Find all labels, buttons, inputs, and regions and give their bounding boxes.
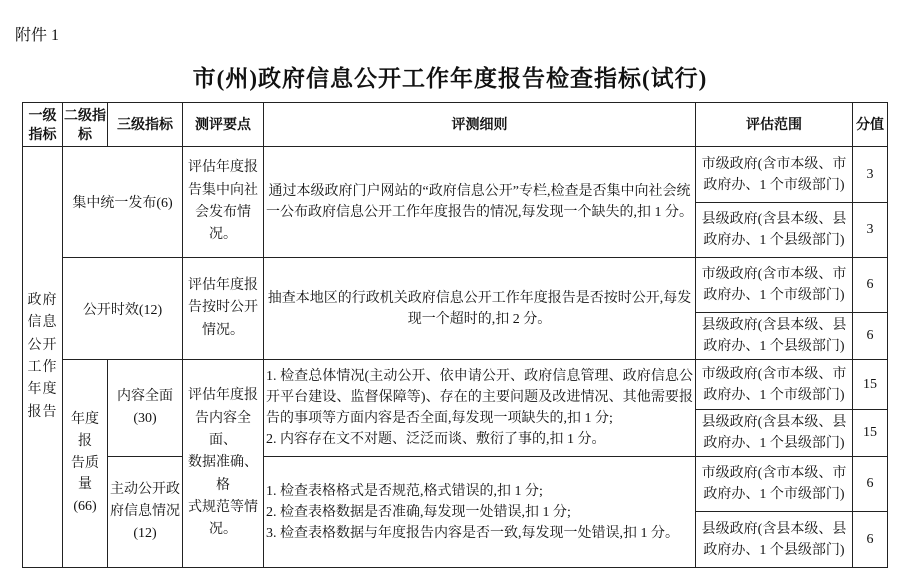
score-cell: 3 xyxy=(853,147,888,203)
header-level1-indicator: 一级指标 xyxy=(23,103,63,147)
header-level3-indicator: 三级指标 xyxy=(108,103,183,147)
scope-cell-city: 市级政府(含市本级、市政府办、1 个市级部门) xyxy=(696,360,853,410)
table-row: 主动公开政 府信息情况 (12) 1. 检查表格格式是否规范,格式错误的,扣 1… xyxy=(23,457,888,512)
table-row: 年度报 告质量 (66) 内容全面 (30) 评估年度报 告内容全面、 数据准确… xyxy=(23,360,888,410)
header-row: 一级指标 二级指标 三级指标 测评要点 评测细则 评估范围 分值 xyxy=(23,103,888,147)
indicator-table: 一级指标 二级指标 三级指标 测评要点 评测细则 评估范围 分值 政府 信息 公… xyxy=(22,102,888,568)
rules-comprehensive-content-cell: 1. 检查总体情况(主动公开、依申请公开、政府信息管理、政府信息公开平台建设、监… xyxy=(264,360,696,457)
points-centralized-release-cell: 评估年度报 告集中向社 会发布情况。 xyxy=(183,147,264,258)
rule-item: 1. 检查表格格式是否规范,格式错误的,扣 1 分; xyxy=(266,481,693,502)
level2-timeliness-cell: 公开时效(12) xyxy=(63,258,183,360)
rules-timeliness-cell: 抽查本地区的行政机关政府信息公开工作年度报告是否按时公开,每发现一个超时的,扣 … xyxy=(264,258,696,360)
header-eval-points: 测评要点 xyxy=(183,103,264,147)
rule-item: 1. 检查总体情况(主动公开、依申请公开、政府信息管理、政府信息公开平台建设、监… xyxy=(266,366,693,429)
score-cell: 15 xyxy=(853,360,888,410)
level3-comprehensive-content-cell: 内容全面 (30) xyxy=(108,360,183,457)
level2-report-quality-cell: 年度报 告质量 (66) xyxy=(63,360,108,568)
rule-item: 3. 检查表格数据与年度报告内容是否一致,每发现一处错误,扣 1 分。 xyxy=(266,523,693,544)
header-level2-indicator: 二级指标 xyxy=(63,103,108,147)
level1-indicator-cell: 政府 信息 公开 工作 年度 报告 xyxy=(23,147,63,568)
scope-cell-county: 县级政府(含县本级、县政府办、1 个县级部门) xyxy=(696,410,853,457)
scope-cell-city: 市级政府(含市本级、市政府办、1 个市级部门) xyxy=(696,457,853,512)
header-eval-scope: 评估范围 xyxy=(696,103,853,147)
score-cell: 6 xyxy=(853,258,888,313)
table-row: 政府 信息 公开 工作 年度 报告 集中统一发布(6) 评估年度报 告集中向社 … xyxy=(23,147,888,203)
score-cell: 3 xyxy=(853,203,888,258)
scope-cell-county: 县级政府(含县本级、县政府办、1 个县级部门) xyxy=(696,203,853,258)
scope-cell-city: 市级政府(含市本级、市政府办、1 个市级部门) xyxy=(696,258,853,313)
level2-centralized-release-cell: 集中统一发布(6) xyxy=(63,147,183,258)
scope-cell-county: 县级政府(含县本级、县政府办、1 个县级部门) xyxy=(696,512,853,568)
points-timeliness-cell: 评估年度报 告按时公开 情况。 xyxy=(183,258,264,360)
header-eval-rules: 评测细则 xyxy=(264,103,696,147)
scope-cell-county: 县级政府(含县本级、县政府办、1 个县级部门) xyxy=(696,313,853,360)
level3-proactive-disclosure-cell: 主动公开政 府信息情况 (12) xyxy=(108,457,183,568)
rule-item: 2. 检查表格数据是否准确,每发现一处错误,扣 1 分; xyxy=(266,502,693,523)
scope-cell-city: 市级政府(含市本级、市政府办、1 个市级部门) xyxy=(696,147,853,203)
points-report-quality-cell: 评估年度报 告内容全面、 数据准确、格 式规范等情 况。 xyxy=(183,360,264,568)
table-row: 公开时效(12) 评估年度报 告按时公开 情况。 抽查本地区的行政机关政府信息公… xyxy=(23,258,888,313)
score-cell: 15 xyxy=(853,410,888,457)
score-cell: 6 xyxy=(853,313,888,360)
document-page: 附件 1 市(州)政府信息公开工作年度报告检查指标(试行) 一级指标 二级指标 … xyxy=(0,0,900,572)
page-title: 市(州)政府信息公开工作年度报告检查指标(试行) xyxy=(0,64,900,94)
header-score: 分值 xyxy=(853,103,888,147)
rule-item: 2. 内容存在文不对题、泛泛而谈、敷衍了事的,扣 1 分。 xyxy=(266,429,693,450)
score-cell: 6 xyxy=(853,512,888,568)
rules-centralized-release-cell: 通过本级政府门户网站的“政府信息公开”专栏,检查是否集中向社会统一公布政府信息公… xyxy=(264,147,696,258)
rules-proactive-disclosure-cell: 1. 检查表格格式是否规范,格式错误的,扣 1 分; 2. 检查表格数据是否准确… xyxy=(264,457,696,568)
score-cell: 6 xyxy=(853,457,888,512)
attachment-label: 附件 1 xyxy=(15,26,900,46)
